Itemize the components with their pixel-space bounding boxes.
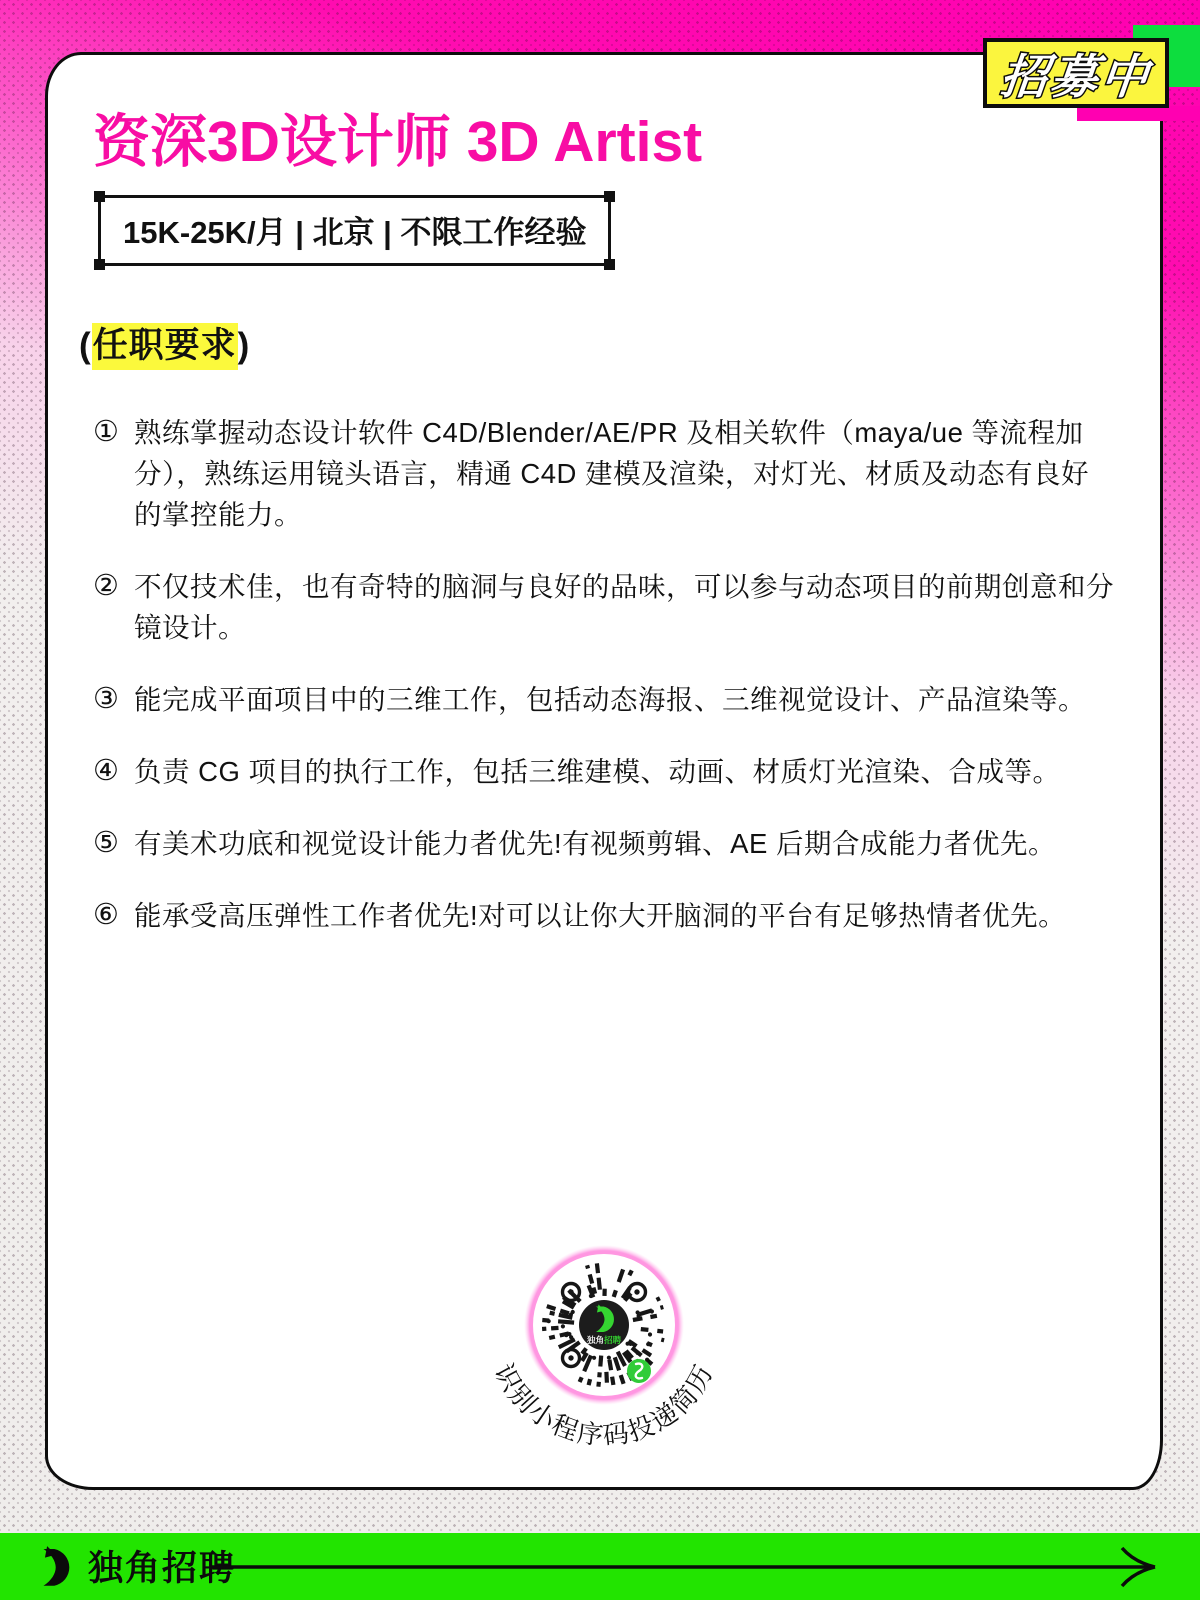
recruiting-badge: 招募中 (983, 38, 1169, 108)
item-number: ② (93, 566, 119, 648)
footer-bar: 独角招聘 (0, 1533, 1200, 1600)
corner-handle (94, 259, 105, 270)
heading-close-paren: ) (238, 326, 251, 365)
mini-program-qr-code[interactable]: 独角招聘 识别小程序码投递简历 (424, 1235, 784, 1455)
recruiting-badge-label: 招募中 (997, 40, 1154, 107)
job-title: 资深3D设计师 3D Artist (93, 111, 1116, 175)
item-text: 有美术功底和视觉设计能力者优先!有视频剪辑、AE 后期合成能力者优先。 (134, 823, 1116, 864)
item-number: ④ (93, 751, 119, 792)
requirement-item: ⑤ 有美术功底和视觉设计能力者优先!有视频剪辑、AE 后期合成能力者优先。 (93, 823, 1116, 864)
requirements-list: ① 熟练掌握动态设计软件 C4D/Blender/AE/PR 及相关软件（may… (93, 412, 1116, 936)
corner-handle (94, 191, 105, 202)
requirement-item: ② 不仅技术佳，也有奇特的脑洞与良好的品味，可以参与动态项目的前期创意和分镜设计… (93, 566, 1116, 648)
footer-arrow (212, 1548, 1155, 1586)
requirement-item: ④ 负责 CG 项目的执行工作，包括三维建模、动画、材质灯光渲染、合成等。 (93, 751, 1116, 792)
item-number: ⑤ (93, 823, 119, 864)
job-meta-text: 15K-25K/月 | 北京 | 不限工作经验 (123, 215, 586, 250)
heading-open-paren: ( (79, 326, 92, 365)
qr-block: 独角招聘 识别小程序码投递简历 (424, 1235, 784, 1455)
item-text: 能承受高压弹性工作者优先!对可以让你大开脑洞的平台有足够热情者优先。 (134, 895, 1116, 936)
item-text: 能完成平面项目中的三维工作，包括动态海报、三维视觉设计、产品渲染等。 (134, 679, 1116, 720)
footer-unicorn-logo-icon (44, 1546, 70, 1586)
requirement-item: ① 熟练掌握动态设计软件 C4D/Blender/AE/PR 及相关软件（may… (93, 412, 1116, 535)
requirement-item: ③ 能完成平面项目中的三维工作，包括动态海报、三维视觉设计、产品渲染等。 (93, 679, 1116, 720)
corner-handle (604, 191, 615, 202)
item-text: 负责 CG 项目的执行工作，包括三维建模、动画、材质灯光渲染、合成等。 (134, 751, 1116, 792)
item-number: ⑥ (93, 895, 119, 936)
badge-accent-pink-block (1077, 106, 1200, 121)
item-number: ③ (93, 679, 119, 720)
requirement-item: ⑥ 能承受高压弹性工作者优先!对可以让你大开脑洞的平台有足够热情者优先。 (93, 895, 1116, 936)
wechat-miniprogram-icon (627, 1359, 651, 1383)
job-meta-box: 15K-25K/月 | 北京 | 不限工作经验 (98, 195, 611, 266)
poster-page: 招募中 资深3D设计师 3D Artist 15K-25K/月 | 北京 | 不… (0, 0, 1200, 1600)
item-number: ① (93, 412, 119, 535)
qr-center-brand: 独角招聘 (586, 1335, 622, 1345)
section-heading: (任职要求) (79, 318, 1116, 368)
item-text: 熟练掌握动态设计软件 C4D/Blender/AE/PR 及相关软件（maya/… (134, 412, 1116, 535)
heading-highlight: 任职要求 (92, 323, 238, 370)
item-text: 不仅技术佳，也有奇特的脑洞与良好的品味，可以参与动态项目的前期创意和分镜设计。 (134, 566, 1116, 648)
job-card: 资深3D设计师 3D Artist 15K-25K/月 | 北京 | 不限工作经… (45, 52, 1163, 1490)
corner-handle (604, 259, 615, 270)
